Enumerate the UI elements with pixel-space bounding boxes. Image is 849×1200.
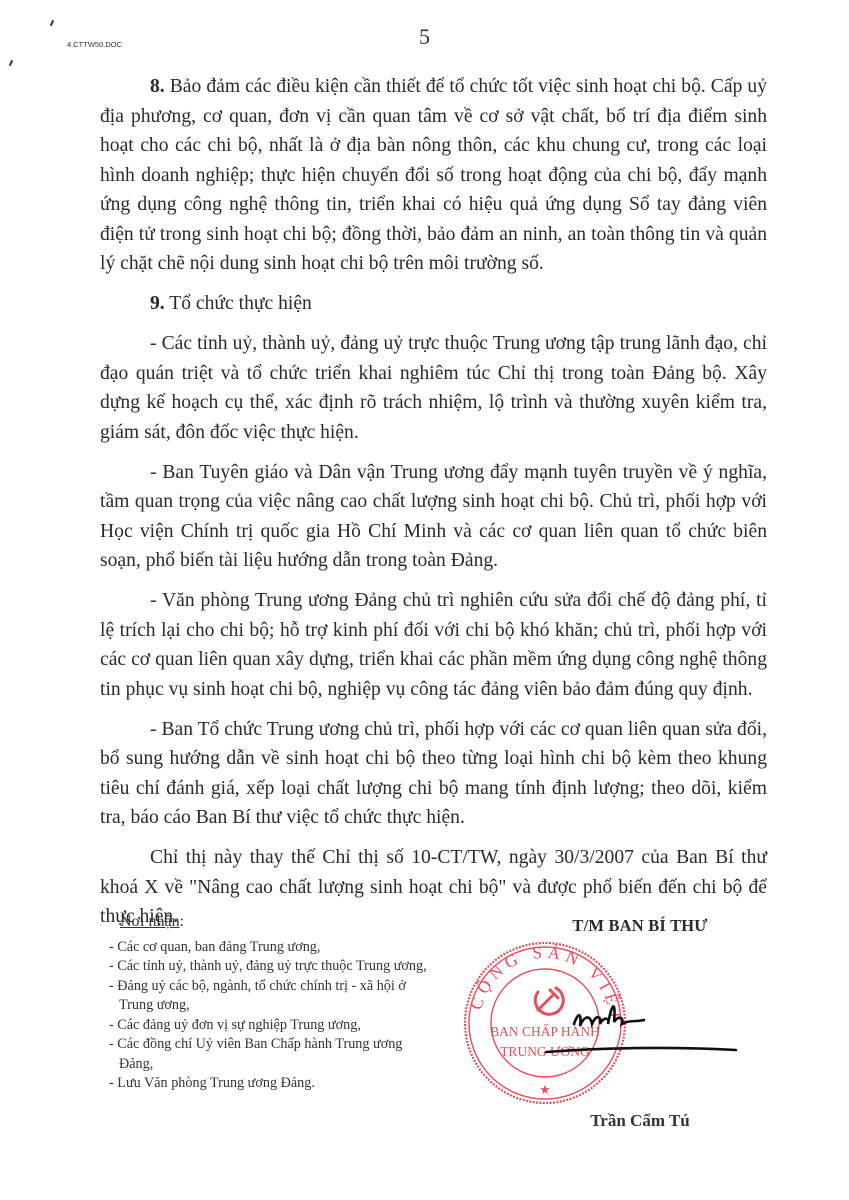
section-number: 8. <box>150 76 165 97</box>
paragraph-9-heading: 9. Tổ chức thực hiện <box>100 289 767 319</box>
paragraph-provincial-committees: - Các tỉnh uỷ, thành uỷ, đảng uỷ trực th… <box>100 329 767 447</box>
recipient-item: - Lưu Văn phòng Trung ương Đảng. <box>109 1074 439 1094</box>
paragraph-central-office: - Văn phòng Trung ương Đảng chủ trì nghi… <box>100 586 767 704</box>
signature-title: T/M BAN BÍ THƯ <box>460 916 760 936</box>
recipients-list: Nơi nhận: - Các cơ quan, ban đảng Trung … <box>109 912 439 1094</box>
paragraph-propaganda-board: - Ban Tuyên giáo và Dân vận Trung ương đ… <box>100 458 767 576</box>
signer-name: Trần Cẩm Tú <box>460 1111 760 1131</box>
svg-text:★: ★ <box>539 1083 551 1098</box>
scan-speck <box>9 60 13 66</box>
document-body: 8. Bảo đảm các điều kiện cần thiết để tổ… <box>100 72 767 942</box>
paragraph-organization-board: - Ban Tổ chức Trung ương chủ trì, phối h… <box>100 715 767 833</box>
recipient-item: - Các đảng uỷ đơn vị sự nghiệp Trung ươn… <box>109 1016 439 1036</box>
recipient-item: - Các đồng chí Uỷ viên Ban Chấp hành Tru… <box>109 1035 439 1074</box>
signature-block: ĐẢNG CỘNG SẢN VIỆT NAM BAN CHẤP HÀNH TRU… <box>460 912 760 1142</box>
page-number: 5 <box>0 24 849 50</box>
section-number: 9. <box>150 293 165 314</box>
recipient-item: - Đảng uỷ các bộ, ngành, tổ chức chính t… <box>109 977 439 1016</box>
recipient-item: - Các cơ quan, ban đảng Trung ương, <box>109 938 439 958</box>
paragraph-8: 8. Bảo đảm các điều kiện cần thiết để tổ… <box>100 72 767 279</box>
handwritten-signature-icon <box>540 992 740 1072</box>
recipients-heading: Nơi nhận: <box>120 912 439 932</box>
recipient-item: - Các tỉnh uỷ, thành uỷ, đảng uỷ trực th… <box>109 957 439 977</box>
